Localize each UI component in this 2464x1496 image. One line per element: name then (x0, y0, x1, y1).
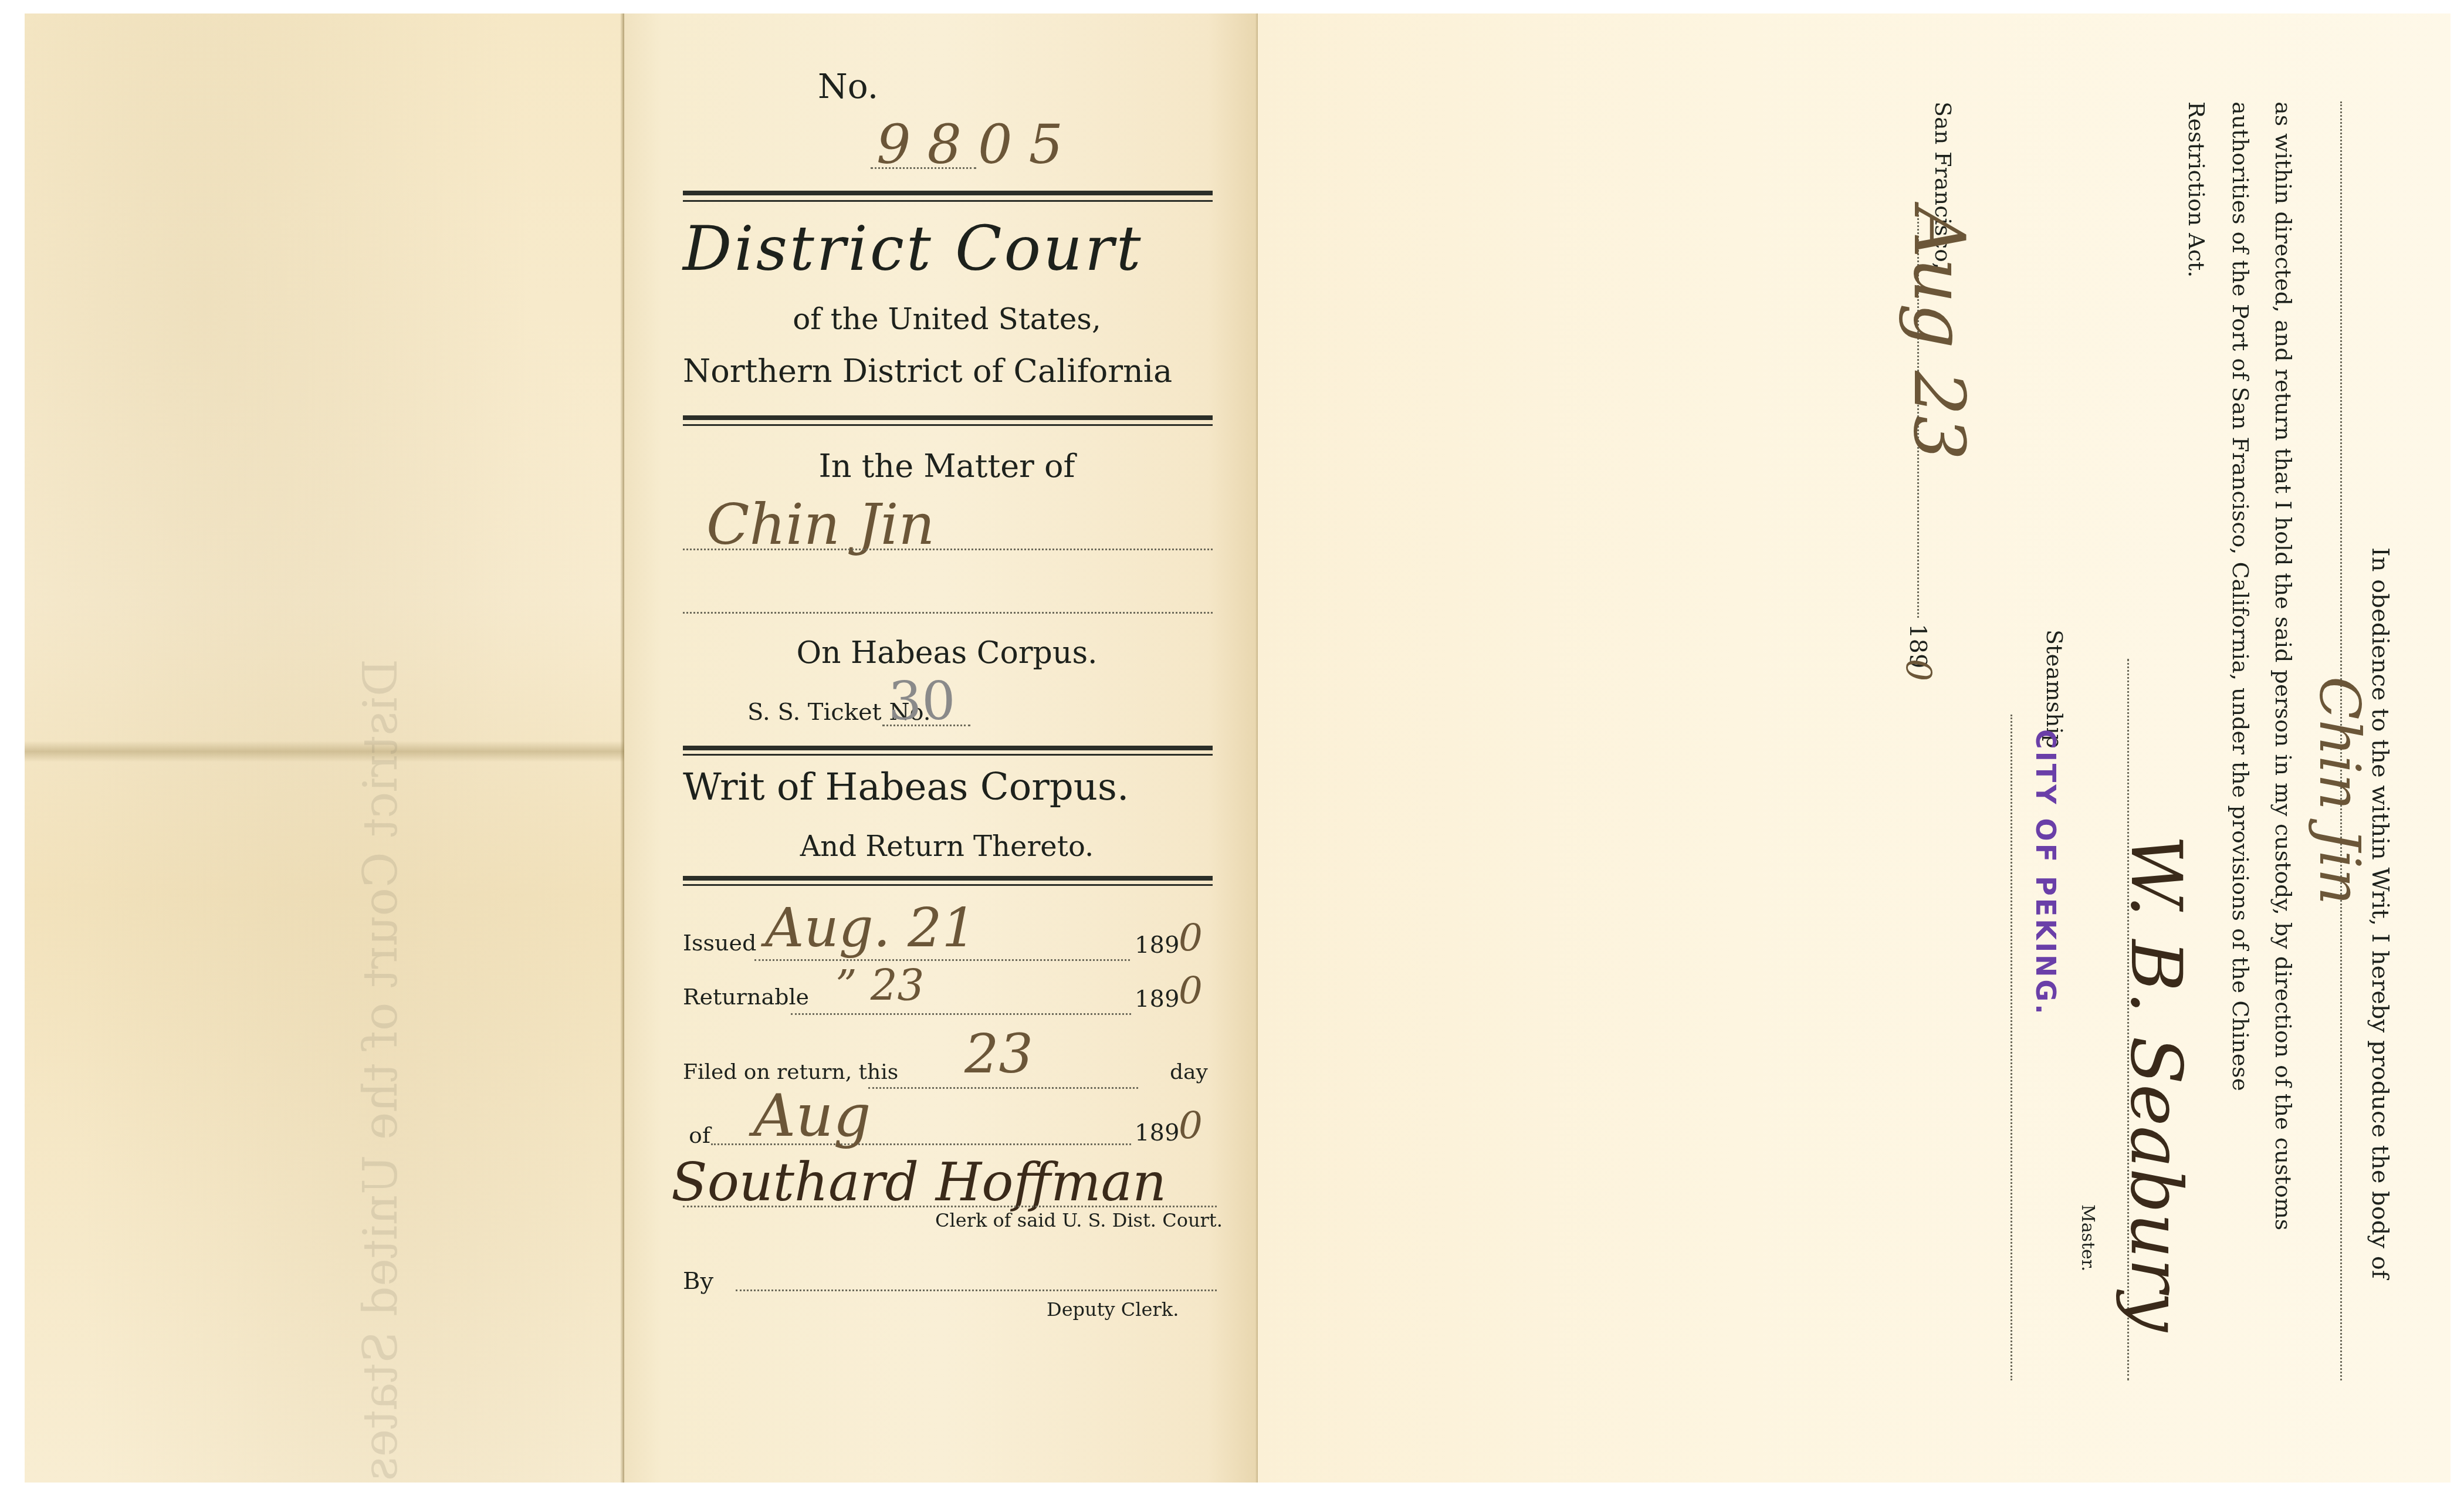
filed-day-suffix: day (1170, 1060, 1208, 1084)
ticket-value: 30 (888, 671, 956, 732)
filed-year-prefix: 189 (1135, 1119, 1179, 1146)
by-label: By (683, 1268, 713, 1295)
deputy-title: Deputy Clerk. (1047, 1298, 1179, 1321)
filed-year-suffix: 0 (1179, 1105, 1203, 1148)
rule-top-thin (683, 200, 1213, 202)
clerk-signature-line (683, 1206, 1217, 1207)
issued-label: Issued (683, 930, 756, 956)
writ-subtitle: And Return Thereto. (624, 830, 1270, 863)
cover-panel: No. 9805 District Court of the United St… (624, 13, 1258, 1483)
returnable-line (791, 1013, 1131, 1015)
filed-day-line (868, 1087, 1138, 1089)
steamship-stamp: CITY OF PEKING. (2030, 729, 2062, 1017)
return-line-1: In obedience to the within Writ, I hereb… (2367, 547, 2394, 1279)
return-panel: In obedience to the within Writ, I hereb… (1258, 13, 2451, 1483)
rule-3-thin (683, 754, 1213, 756)
steamship-line (2011, 715, 2012, 1380)
matter-name: Chin Jin (706, 492, 935, 557)
matter-line-1 (683, 549, 1213, 550)
filed-label: Filed on return, this (683, 1060, 898, 1084)
matter-label: In the Matter of (624, 448, 1270, 485)
rule-4-thin (683, 884, 1213, 886)
returnable-year-prefix: 189 (1135, 986, 1179, 1013)
rule-2-thin (683, 424, 1213, 426)
filed-month-value: Aug (753, 1081, 871, 1150)
filed-of-label: of (689, 1122, 710, 1148)
issued-year-prefix: 189 (1135, 932, 1179, 959)
deputy-signature-line (736, 1289, 1217, 1291)
proceeding-label: On Habeas Corpus. (624, 635, 1270, 671)
return-line-3: authorities of the Port of San Francisco… (2228, 101, 2253, 1091)
return-line-2: as within directed, and return that I ho… (2270, 101, 2296, 1230)
returnable-year-suffix: 0 (1179, 970, 1203, 1013)
issued-year-suffix: 0 (1179, 917, 1203, 960)
document-sheet: District Court of the United States No. … (25, 13, 2451, 1483)
issued-line (754, 959, 1130, 961)
return-date: Aug 23 (1898, 207, 1979, 461)
case-number-value: 9805 (876, 113, 1079, 176)
court-subtitle-2: Northern District of California (683, 353, 1172, 390)
rule-top-thick (683, 191, 1213, 195)
case-number-label: No. (818, 66, 878, 106)
master-title: Master. (2077, 1204, 2098, 1271)
rule-3-thick (683, 746, 1213, 750)
clerk-signature: Southard Hoffman (671, 1152, 1166, 1213)
back-panel: District Court of the United States (25, 13, 624, 1483)
issued-value: Aug. 21 (765, 896, 976, 959)
master-signature: W. B. Seabury (2115, 835, 2196, 1332)
clerk-title: Clerk of said U. S. Dist. Court. (935, 1209, 1223, 1231)
court-subtitle-1: of the United States, (624, 302, 1270, 336)
court-title: District Court (683, 213, 1143, 285)
matter-line-2 (683, 612, 1213, 614)
filed-day-value: 23 (964, 1023, 1033, 1085)
returnable-label: Returnable (683, 984, 809, 1010)
return-body-name: Chin Jin (2307, 676, 2372, 905)
rule-4-thick (683, 876, 1213, 881)
bleed-through-text: District Court of the United States (353, 659, 408, 1481)
horizontal-fold-crease (25, 741, 624, 762)
return-year-suffix: 0 (1897, 659, 1938, 681)
rule-2-thick (683, 415, 1213, 420)
return-line-4: Restriction Act. (2184, 101, 2209, 277)
writ-title: Writ of Habeas Corpus. (683, 766, 1129, 809)
returnable-value: ” 23 (835, 961, 924, 1010)
